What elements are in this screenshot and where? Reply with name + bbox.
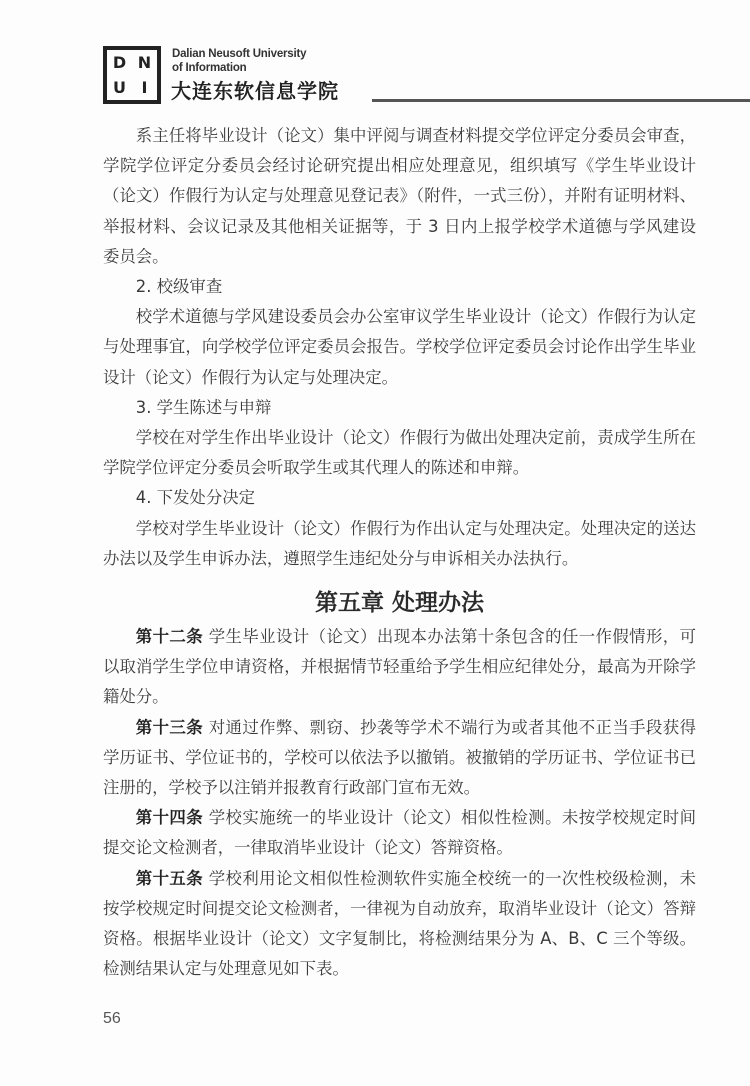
page-header: D N U I Dalian Neusoft University of Inf…	[103, 46, 750, 106]
subheading: 3. 学生陈述与申辩	[103, 393, 696, 423]
subheading: 4. 下发处分决定	[103, 483, 696, 513]
logo-letter: D	[113, 55, 126, 71]
article-label: 第十二条	[136, 627, 203, 646]
page-number: 56	[103, 1010, 121, 1028]
university-logo: D N U I	[103, 46, 161, 104]
paragraph: 校学术道德与学风建设委员会办公室审议学生毕业设计（论文）作假行为认定与处理事宜，…	[103, 302, 696, 393]
article-14: 第十四条 学校实施统一的毕业设计（论文）相似性检测。未按学校规定时间提交论文检测…	[103, 803, 696, 863]
article-13: 第十三条 对通过作弊、剽窃、抄袭等学术不端行为或者其他不正当手段获得学历证书、学…	[103, 713, 696, 804]
paragraph: 系主任将毕业设计（论文）集中评阅与调查材料提交学位评定分委员会审查，学院学位评定…	[103, 121, 696, 272]
logo-letter: U	[113, 80, 126, 96]
chapter-title: 第五章 处理办法	[103, 586, 696, 620]
article-label: 第十三条	[136, 718, 203, 737]
university-name-en: Dalian Neusoft University of Information	[172, 47, 306, 75]
univ-en-line2: of Information	[172, 61, 306, 75]
paragraph: 学校对学生毕业设计（论文）作假行为作出认定与处理决定。处理决定的送达办法以及学生…	[103, 514, 696, 574]
university-name-cn: 大连东软信息学院	[171, 79, 339, 103]
article-12: 第十二条 学生毕业设计（论文）出现本办法第十条包含的任一作假情形，可以取消学生学…	[103, 622, 696, 713]
logo-letter: I	[142, 80, 148, 96]
article-label: 第十五条	[136, 869, 203, 888]
article-15: 第十五条 学校利用论文相似性检测软件实施全校统一的一次性校级检测，未按学校规定时…	[103, 864, 696, 985]
page-body: 系主任将毕业设计（论文）集中评阅与调查材料提交学位评定分委员会审查，学院学位评定…	[103, 121, 696, 984]
paragraph: 学校在对学生作出毕业设计（论文）作假行为做出处理决定前，责成学生所在学院学位评定…	[103, 423, 696, 483]
logo-letter: N	[138, 55, 151, 71]
subheading: 2. 校级审查	[103, 272, 696, 302]
univ-en-line1: Dalian Neusoft University	[172, 47, 306, 61]
header-rule	[372, 99, 750, 102]
article-label: 第十四条	[136, 808, 203, 827]
